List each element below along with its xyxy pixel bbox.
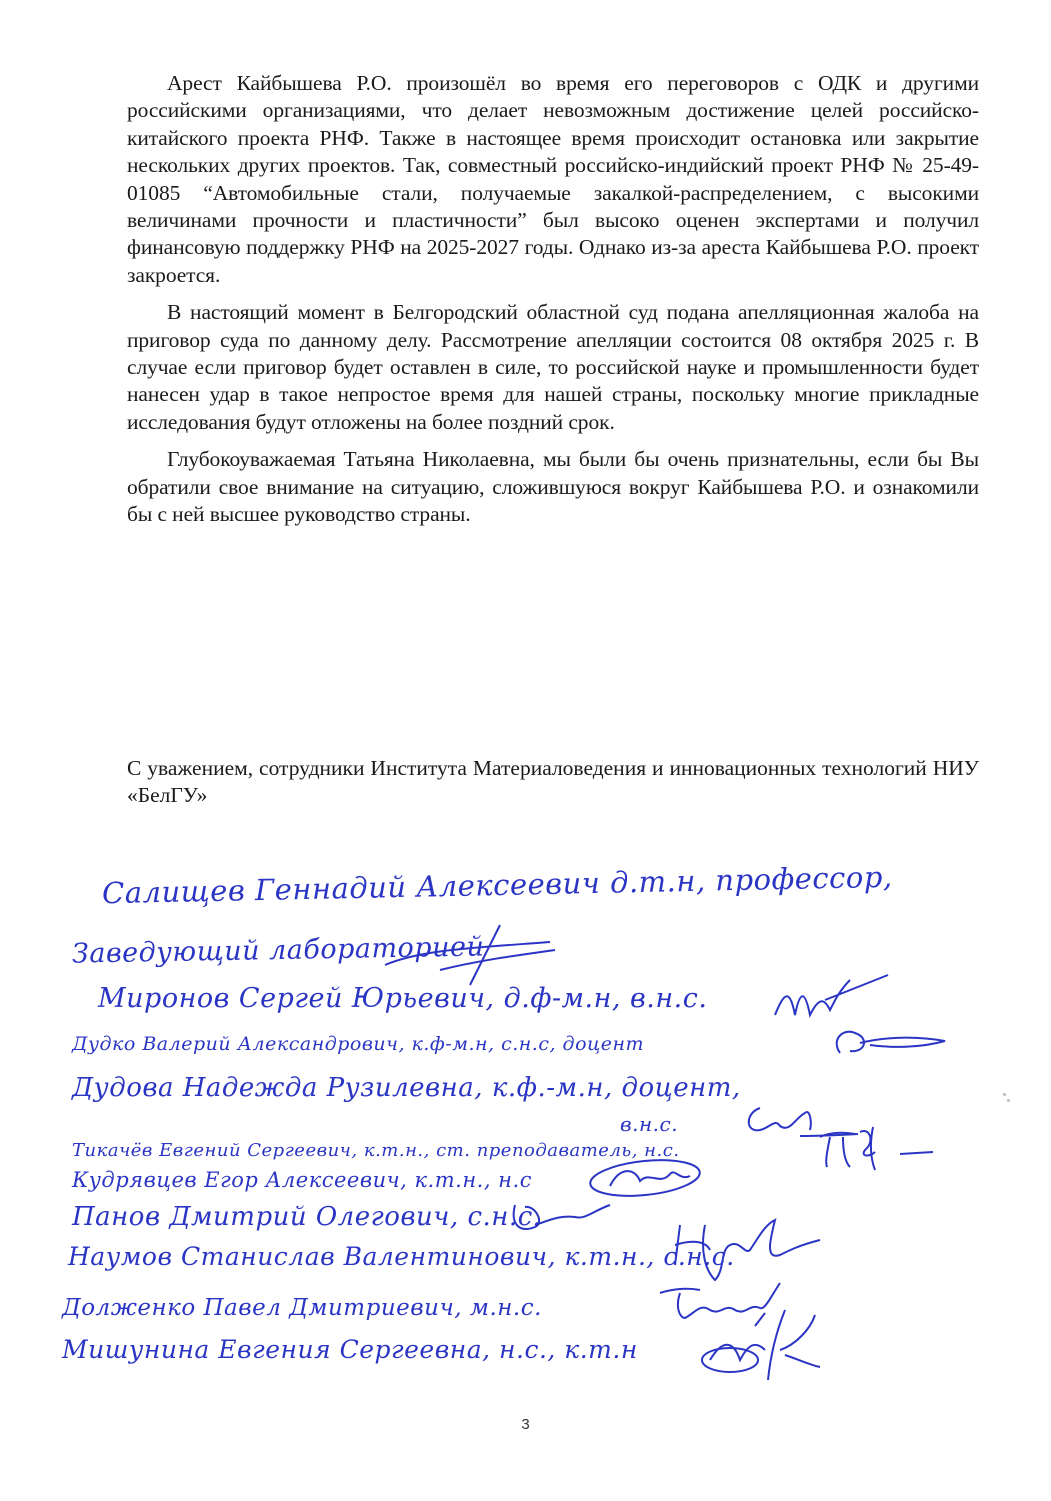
paragraph-appeal: В настоящий момент в Белгородский област…: [127, 299, 979, 436]
paragraph-arrest: Арест Кайбышева Р.О. произошёл во время …: [127, 70, 979, 289]
closing-salutation: С уважением, сотрудники Института Матери…: [127, 755, 979, 810]
signature-line: Мишунина Евгения Сергеевна, н.с., к.т.н: [62, 1335, 638, 1364]
scan-speck: [1007, 1099, 1010, 1102]
handwritten-signature-icon: [380, 920, 560, 990]
handwritten-signature-icon: [690, 1305, 830, 1385]
signature-line: Дудко Валерий Александрович, к.ф-м.н, с.…: [72, 1033, 644, 1055]
signature-line: Панов Дмитрий Олегович, с.н.с.: [72, 1202, 542, 1232]
signature-block: Салищев Геннадий Алексеевич д.т.н, профе…: [0, 850, 1051, 1370]
page-number: 3: [0, 1416, 1051, 1433]
handwritten-signature-icon: [830, 1023, 950, 1063]
signature-line: Миронов Сергей Юрьевич, д.ф-м.н, в.н.с.: [98, 983, 707, 1014]
signature-line: Долженко Павел Дмитриевич, м.н.с.: [62, 1295, 542, 1321]
signature-line: в.н.с.: [620, 1112, 678, 1136]
signature-line: Дудова Надежда Рузилевна, к.ф.-м.н, доце…: [72, 1073, 741, 1103]
signature-line: Кудрявцев Егор Алексеевич, к.т.н., н.с: [72, 1168, 532, 1192]
document-page: Арест Кайбышева Р.О. произошёл во время …: [0, 0, 1051, 1501]
scan-speck: [1003, 1093, 1006, 1096]
signature-line: Салищев Геннадий Алексеевич д.т.н, профе…: [102, 860, 893, 911]
handwritten-signature-icon: [505, 1195, 625, 1240]
handwritten-signature-icon: [815, 1122, 935, 1172]
letter-body: Арест Кайбышева Р.О. произошёл во время …: [127, 70, 979, 539]
paragraph-request: Глубокоуважаемая Татьяна Николаевна, мы …: [127, 446, 979, 528]
handwritten-signature-icon: [770, 970, 890, 1030]
signature-line: Наумов Станислав Валентинович, к.т.н., с…: [68, 1242, 735, 1271]
